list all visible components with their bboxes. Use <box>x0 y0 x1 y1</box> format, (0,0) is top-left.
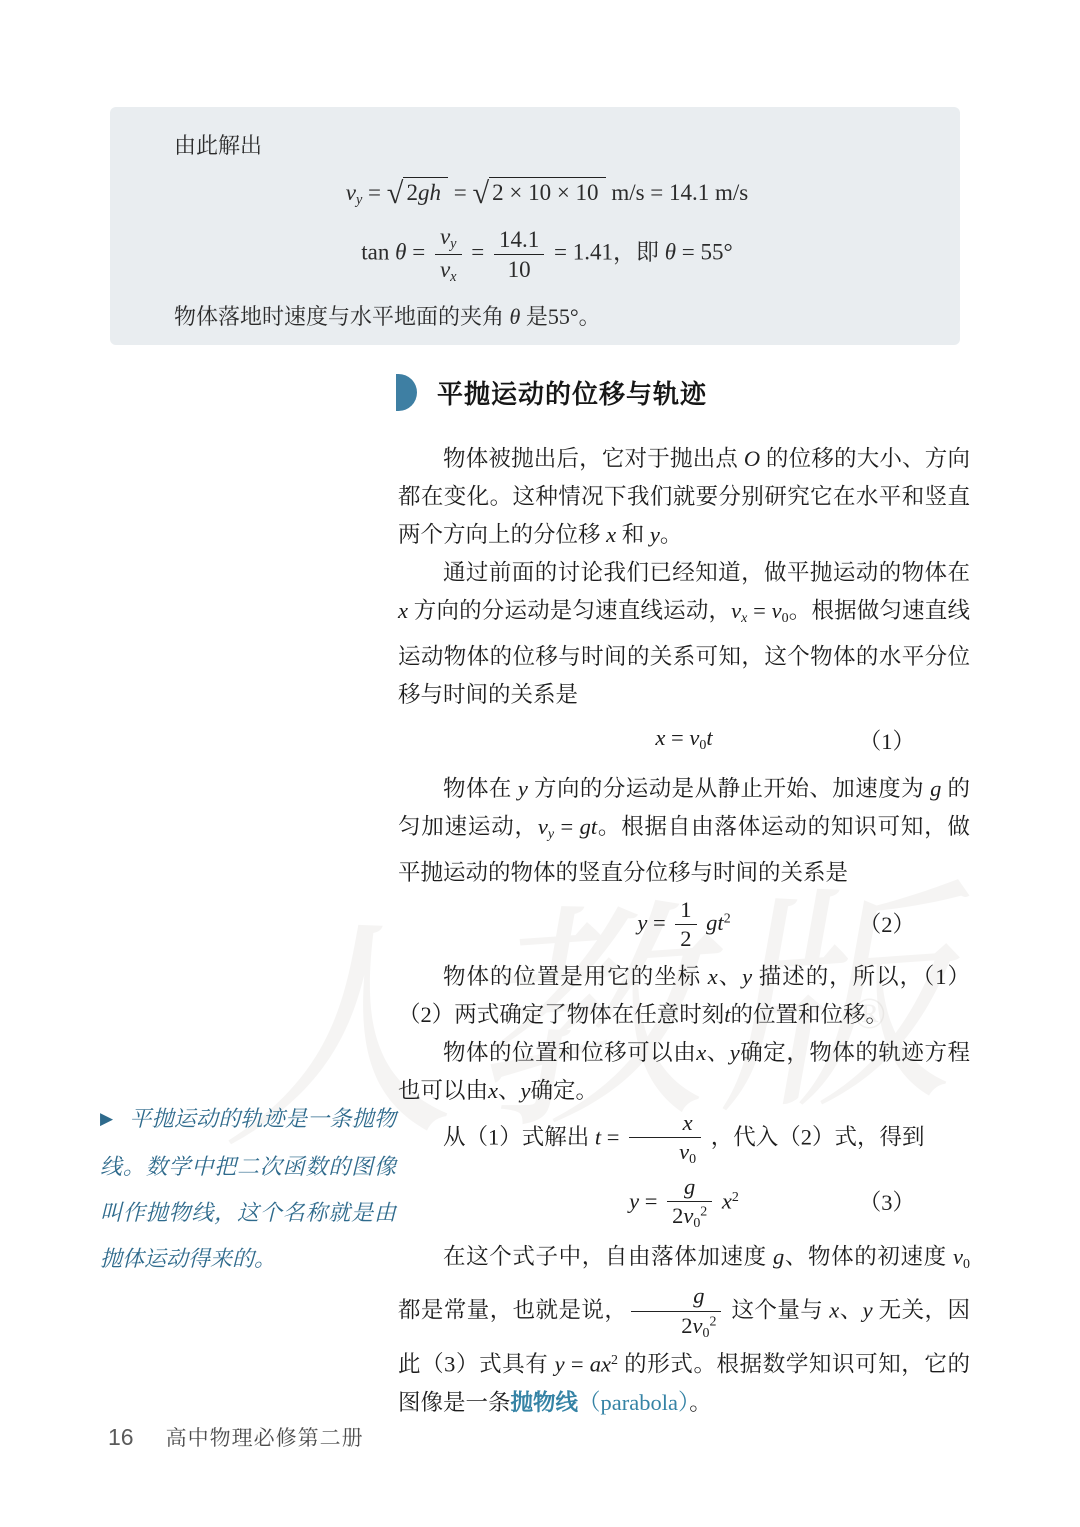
equation-2-formula: y = 12 gt2 <box>637 897 730 953</box>
body-paragraph-7: 在这个式子中，自由落体加速度 g、物体的初速度 v0 都是常量，也就是说，g2v… <box>398 1238 970 1422</box>
section-title: 平抛运动的位移与轨迹 <box>437 374 707 411</box>
solution-intro-text: 由此解出 <box>174 129 920 160</box>
section-header: 平抛运动的位移与轨迹 <box>396 374 707 411</box>
main-text-column: 物体被抛出后，它对于抛出点 O 的位移的大小、方向都在变化。这种情况下我们就要分… <box>398 440 970 1422</box>
body-paragraph-1: 物体被抛出后，它对于抛出点 O 的位移的大小、方向都在变化。这种情况下我们就要分… <box>398 440 970 554</box>
numbered-equation-2: y = 12 gt2 （2） <box>398 897 970 953</box>
body-paragraph-6: 从（1）式解出 t = xv0 ，代入（2）式，得到 <box>398 1110 970 1169</box>
numbered-equation-3: y = g2v02 x2 （3） <box>398 1174 970 1233</box>
equation-3-label: （3） <box>859 1184 915 1222</box>
body-paragraph-2: 通过前面的讨论我们已经知道，做平抛运动的物体在 x 方向的分运动是匀速直线运动，… <box>398 554 970 714</box>
equation-1-label: （1） <box>859 723 915 761</box>
example-solution-box: 由此解出 vy = √2gh = √2 × 10 × 10 m/s = 14.1… <box>110 107 960 345</box>
equation-1-formula: x = v0t <box>655 719 712 765</box>
margin-note-text: 平抛运动的轨迹是一条抛物线。数学中把二次函数的图像叫作抛物线，这个名称就是由抛体… <box>100 1106 396 1271</box>
page-number: 16 <box>108 1424 134 1451</box>
book-title: 高中物理必修第二册 <box>166 1422 364 1452</box>
section-marker-icon <box>396 374 417 411</box>
numbered-equation-1: x = v0t （1） <box>398 719 970 765</box>
body-paragraph-4: 物体的位置是用它的坐标 x、y 描述的，所以，（1）（2）两式确定了物体在任意时… <box>398 958 970 1034</box>
equation-vy: vy = √2gh = √2 × 10 × 10 m/s = 14.1 m/s <box>174 176 920 211</box>
margin-note: ▶平抛运动的轨迹是一条抛物线。数学中把二次函数的图像叫作抛物线，这个名称就是由抛… <box>100 1096 396 1282</box>
page-footer: 16 高中物理必修第二册 <box>108 1422 364 1452</box>
note-arrow-icon: ▶ <box>100 1109 113 1128</box>
equation-tan-theta: tan θ = vyvx = 14.110 = 1.41，即 θ = 55° <box>174 223 920 286</box>
equation-2-label: （2） <box>859 906 915 944</box>
body-paragraph-3: 物体在 y 方向的分运动是从静止开始、加速度为 g 的匀加速运动，vy = gt… <box>398 770 970 892</box>
textbook-page: 人教版 ® 由此解出 vy = √2gh = √2 × 10 × 10 m/s … <box>0 0 1080 1527</box>
solution-conclusion-text: 物体落地时速度与水平地面的夹角 θ 是55°。 <box>174 300 920 331</box>
body-paragraph-5: 物体的位置和位移可以由x、y确定，物体的轨迹方程也可以由x、y确定。 <box>398 1034 970 1110</box>
equation-3-formula: y = g2v02 x2 <box>629 1174 739 1233</box>
